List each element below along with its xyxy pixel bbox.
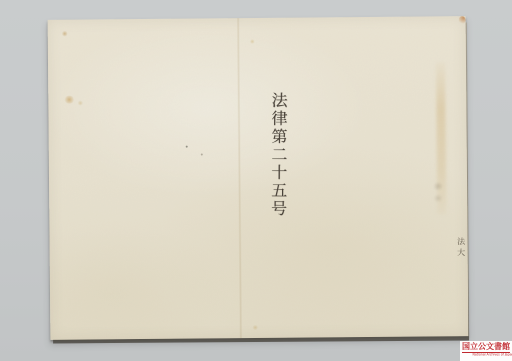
watermark-subtitle-en: National Archives of Japan	[472, 353, 499, 357]
archives-watermark: 国立公文書館 National Archives of Japan	[460, 341, 512, 361]
paper-texture	[48, 16, 469, 340]
stain-spot	[62, 31, 68, 37]
stain-spot	[64, 96, 74, 104]
stain-spot	[201, 153, 203, 155]
document-paper: 法律第二十五号 法大	[48, 16, 469, 340]
watermark-title-jp: 国立公文書館	[460, 342, 512, 351]
scan-background: 法律第二十五号 法大 国立公文書館 National Archives of J…	[0, 0, 512, 361]
stain-spot	[250, 39, 255, 44]
stain-spot	[252, 325, 258, 330]
stain-spot	[459, 16, 466, 24]
paper-wrinkle	[431, 174, 445, 208]
margin-annotation: 法大	[456, 237, 467, 259]
stain-spot	[186, 146, 188, 148]
law-number-text: 法律第二十五号	[266, 92, 290, 218]
center-fold-crease	[237, 18, 243, 338]
stain-spot	[77, 101, 83, 106]
